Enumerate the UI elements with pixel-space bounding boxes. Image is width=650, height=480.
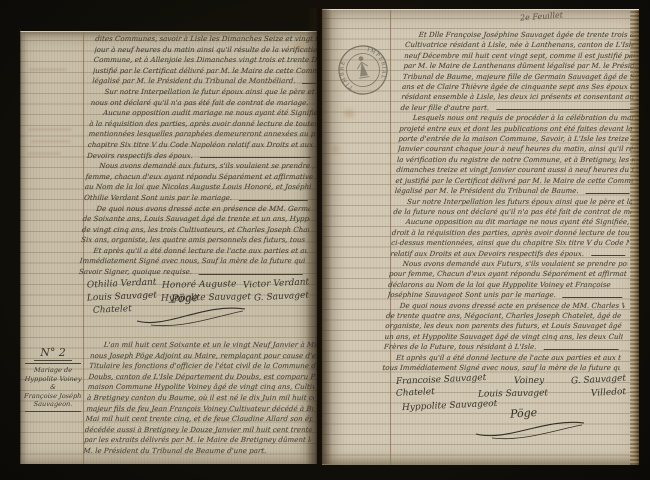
- manuscript-line: décédée aussi à Bretigney le Douze Janvi…: [84, 425, 312, 436]
- manuscript-line: Titulaire les fonctions d'officier de l'…: [89, 361, 317, 372]
- manuscript-line: droit à la réquisition des parties, aprè…: [391, 228, 630, 238]
- foxing-stain: [344, 110, 354, 117]
- manuscript-line: Doubs, canton de L'Isle Département du D…: [88, 372, 316, 383]
- signature: Voiney: [513, 376, 543, 390]
- margin-note-line: &: [24, 383, 83, 392]
- manuscript-line: légalisé par M. le Président du Tribunal…: [394, 186, 633, 196]
- manuscript-line: chapitre Six titre V du Code Napoléon re…: [87, 140, 315, 151]
- manuscript-line: légalisé par M. le Président du Tribunal…: [92, 76, 317, 87]
- manuscript-line: Aucune opposition au dit mariage ne nous…: [392, 217, 631, 227]
- officiant-signature: Pöge: [472, 405, 590, 442]
- manuscript-line: Sur notre Interpellation les futurs épou…: [394, 197, 633, 207]
- manuscript-line: Savoir Signer, quoique requise.: [78, 267, 306, 278]
- manuscript-line: Cultivatrice résidant à Lisle, née à Lan…: [405, 40, 639, 50]
- manuscript-line: L'an mil huit cent Soixante et un le vin…: [90, 340, 317, 351]
- margin-note-line: Sauvageon.: [24, 400, 83, 409]
- right-page: 2e Feuillet TIMBRE IMPÉRIAL Et Dl: [322, 9, 639, 465]
- manuscript-line: de vingt cinq ans, les trois Cultivateur…: [81, 225, 309, 236]
- timbre-imperial-stamp: TIMBRE IMPÉRIAL: [332, 39, 395, 102]
- manuscript-line: de leur fille d'autre part.: [400, 103, 639, 113]
- manuscript-line: Devoirs respectifs des époux.: [87, 151, 315, 162]
- manuscript-line: De quoi nous avons dressé acte en présen…: [386, 301, 625, 311]
- left-page-act-2: L'an mil huit cent Soixante et un le vin…: [83, 340, 317, 457]
- manuscript-line: la vérification du registre de notre Com…: [397, 155, 636, 165]
- manuscript-line: justifié par le Certificat délivré par M…: [93, 66, 317, 77]
- manuscript-line: Et Dlle Françoise Joséphine Sauvaget âgé…: [405, 30, 639, 40]
- manuscript-line: Othilie Verdant Sont unis par le mariage…: [84, 193, 312, 204]
- folio-note: 2e Feuillet: [520, 11, 564, 23]
- foxing-stain: [332, 146, 339, 152]
- ink-bleed-through: [29, 68, 67, 71]
- manuscript-line: Commune, et à Allenjoie les Dimanches vi…: [93, 55, 317, 66]
- manuscript-line: ans et de Claire Thièvre âgée de cinquan…: [402, 82, 639, 92]
- signature: Villedot: [591, 387, 627, 402]
- manuscript-line: et justifié par le Certificat délivré pa…: [395, 176, 634, 186]
- manuscript-line: nous ont déclaré qu'il n'a pas été fait …: [90, 98, 317, 109]
- manuscript-line: dimanches treize et vingt Janvier couran…: [396, 165, 635, 175]
- officiant-signature: Pöge: [133, 290, 251, 329]
- manuscript-line: de trente quatre ans, Négociant, Charles…: [386, 311, 625, 321]
- manuscript-line: M. le Président du Tribunal de Beaume d'…: [83, 446, 311, 457]
- manuscript-line: femme, chacun d'eux ayant répondu Séparé…: [85, 172, 313, 183]
- manuscript-line: de Soixante ans, Louis Sauvaget âgé de t…: [82, 214, 310, 225]
- manuscript-line: à Bretigney canton du Baume, où il est n…: [87, 393, 315, 404]
- manuscript-line: déclarons au Nom de la loi que Hyppolite…: [388, 280, 627, 290]
- manuscript-line: Lesquels nous ont requis de procéder à l…: [399, 113, 638, 123]
- left-page-act-continuation: dites Communes, savoir à Lisle les Diman…: [78, 34, 317, 278]
- manuscript-line: porte d'entrée de la maison Commune, Sav…: [398, 134, 637, 144]
- manuscript-line: majeur fils de feu Jean François Voiney …: [86, 404, 314, 415]
- ink-bleed-through: [31, 140, 71, 143]
- margin-note-line: Mariage de: [24, 366, 83, 375]
- manuscript-line: Immédiatement Signé avec nous, Sauf la m…: [79, 256, 307, 267]
- manuscript-line: projeté entre eux et dont les publicatio…: [399, 124, 638, 134]
- manuscript-line: relatif aux Droits et aux Devoirs respec…: [390, 249, 629, 259]
- manuscript-line: Et après qu'il a été donné lecture de l'…: [383, 353, 622, 363]
- manuscript-line: Nous avons demandé aux futurs, s'ils vou…: [86, 161, 314, 172]
- manuscript-line: de la future nous ont déclaré qu'il n'a …: [393, 207, 632, 217]
- manuscript-line: Six ans, organiste, les quatre amis pers…: [81, 235, 309, 246]
- margin-note-rule: [25, 363, 81, 364]
- scanned-marriage-register: dites Communes, savoir à Lisle les Diman…: [0, 0, 650, 480]
- manuscript-line: Frères de la Future, tous résidant à L'I…: [383, 342, 622, 352]
- margin-note: N° 2 Mariage deHyppolite Voiney&François…: [24, 341, 82, 414]
- manuscript-line: tous Immédiatement Signé avec nous, sauf…: [382, 363, 621, 373]
- manuscript-line: Sur notre Interpellation le futur époux …: [91, 87, 317, 98]
- manuscript-line: nous Joseph Pöge Adjoint au Maire, rempl…: [90, 351, 317, 362]
- manuscript-line: à la réquisition des parties, après avoi…: [89, 119, 317, 130]
- signature: Chatelet: [396, 387, 435, 402]
- manuscript-line: Joséphine Sauvageot Sont unis par le mar…: [387, 290, 626, 300]
- ink-bleed-through: [27, 152, 61, 155]
- manuscript-line: par M. le Maire de Lanthenans dûment lég…: [403, 61, 639, 71]
- manuscript-line: neuf Décembre mil huit cent vingt sept, …: [404, 51, 639, 61]
- signature: Chatelet: [93, 304, 132, 319]
- manuscript-line: ci-dessus mentionnées, ainsi que du chap…: [391, 238, 630, 248]
- manuscript-line: Et après qu'il a été donné lecture de l'…: [80, 246, 308, 257]
- right-page-act-body: Et Dlle Françoise Joséphine Sauvaget âgé…: [382, 30, 639, 373]
- manuscript-line: pour femme, Chacun d'eux ayant répondu S…: [389, 269, 628, 279]
- manuscript-line: Janvier courant chaque jour à neuf heure…: [397, 144, 636, 154]
- left-page: dites Communes, savoir à Lisle les Diman…: [20, 31, 317, 464]
- manuscript-line: par les extraits délivrés par M. le Mair…: [84, 435, 312, 446]
- manuscript-line: dites Communes, savoir à Lisle les Diman…: [95, 34, 317, 45]
- manuscript-line: résidant ensemble à Lisle, les deux ici …: [401, 92, 639, 102]
- manuscript-line: organiste, les deux non parents des futu…: [385, 321, 624, 331]
- manuscript-line: au Nom de la loi que Nicolas Auguste Lou…: [84, 182, 312, 193]
- manuscript-line: maison Commune Hypolite Voiney âgé de vi…: [87, 382, 315, 393]
- ink-bleed-through: [28, 128, 72, 131]
- margin-note-line: Hyppolite Voiney: [24, 375, 83, 384]
- manuscript-line: De quoi nous avons dressé acte en présen…: [83, 204, 311, 215]
- manuscript-line: Mai mil huit cent trente cinq, et de feu…: [85, 414, 313, 425]
- manuscript-line: Tribunal de Baume, majeure fille de Germ…: [402, 72, 639, 82]
- manuscript-line: Aucune opposition audit mariage ne nous …: [90, 108, 317, 119]
- manuscript-line: un ans, et Hyppolite Sauvaget âgé de vin…: [384, 332, 623, 342]
- margin-note-rule: [25, 411, 81, 412]
- manuscript-line: jour à neuf heures du matin ainsi qu'il …: [94, 45, 317, 56]
- manuscript-line: mentionnées lesquelles paraphées demeure…: [88, 129, 316, 140]
- page-stack-edge: [630, 10, 639, 465]
- manuscript-line: Nous avons demandé aux Futurs, s'ils vou…: [389, 259, 628, 269]
- act-number: N° 2: [34, 346, 72, 361]
